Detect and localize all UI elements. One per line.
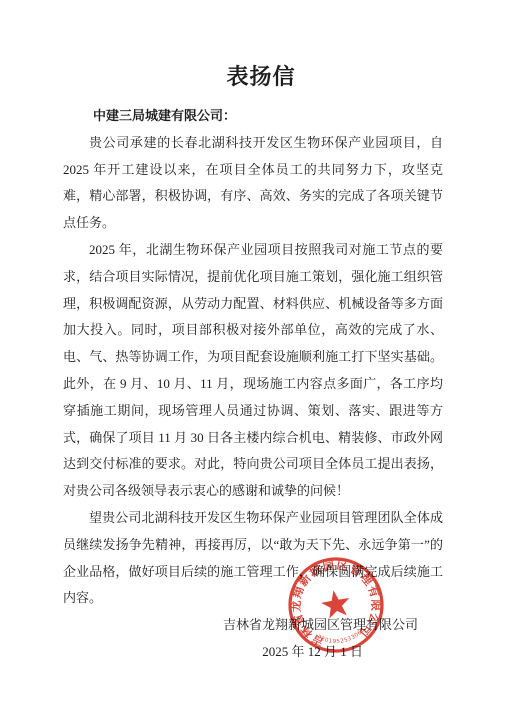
paragraph-1: 贵公司承建的长春北湖科技开发区生物环保产业园项目，自 2025 年开工建设以来，… xyxy=(63,130,443,237)
letter-page: 表扬信 中建三局城建有限公司： 贵公司承建的长春北湖科技开发区生物环保产业园项目… xyxy=(0,0,522,712)
paragraph-2: 2025 年，北湖生物环保产业园项目按照我司对施工节点的要求，结合项目实际情况，… xyxy=(63,237,443,505)
signature-date: 2025 年 12 月 1 日 xyxy=(63,639,443,666)
letter-title: 表扬信 xyxy=(0,64,522,90)
letter-body: 中建三局城建有限公司： 贵公司承建的长春北湖科技开发区生物环保产业园项目，自 2… xyxy=(63,103,443,666)
paragraph-3: 望贵公司北湖科技开发区生物环保产业园项目管理团队全体成员继续发扬争先精神，再接再… xyxy=(63,505,443,612)
signature-company: 吉林省龙翔新城园区管理有限公司 xyxy=(63,612,443,639)
salutation: 中建三局城建有限公司： xyxy=(63,103,443,130)
